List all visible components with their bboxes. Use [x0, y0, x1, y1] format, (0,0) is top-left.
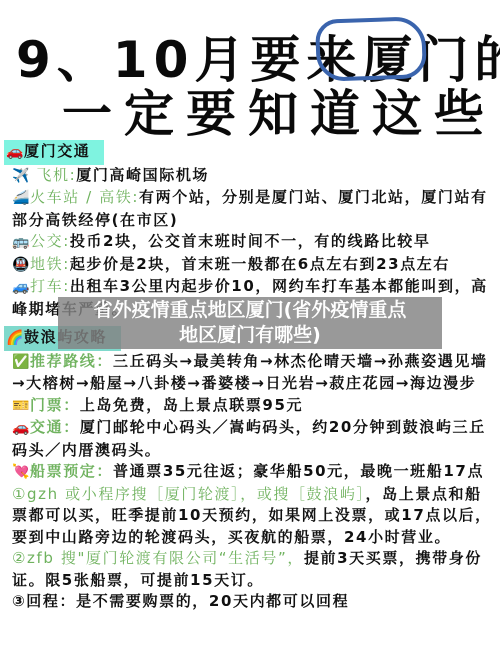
item-text: 上岛免费，岛上景点联票95元 — [80, 396, 303, 414]
section-header-transport: 🚗厦门交通 — [4, 140, 104, 165]
item-text: 普通票35元往返；豪华船50元，最晚一班船17点 — [113, 462, 484, 480]
car-icon: 🚗 — [12, 418, 30, 440]
item-label: 船票预定： — [30, 462, 113, 480]
item-label: 地铁: — [30, 255, 70, 273]
section-gulangyu: 🌈鼓浪屿攻略 ✅推荐路线：三丘码头→最美转角→林杰伦晴天墙→孙燕姿遇见墙→大榕树… — [12, 326, 492, 613]
note-2: ②zfb 搜"厦门轮渡有限公司“生活号”，提前3天买票，携带身份证。限5张船票，… — [12, 548, 492, 591]
article-body: 🚗厦门交通 ✈️ 飞机:厦门高崎国际机场 🚄火车站 / 高铁:有两个站，分别是厦… — [12, 140, 492, 613]
note-text: ③回程：是不需要购票的，20天内都可以回程 — [12, 592, 349, 610]
check-icon: ✅ — [12, 352, 30, 374]
note-highlight: ②zfb 搜"厦门轮渡有限公司“生活号”， — [12, 549, 304, 567]
item-label: 打车: — [30, 277, 70, 295]
item-label: 门票： — [30, 396, 80, 414]
overlay-line-1: 省外疫情重点地区厦门(省外疫情重点 — [58, 298, 442, 323]
title-line-2: 一定要知道这些 — [62, 74, 496, 146]
title-banner: 9、10月要来厦门的 一定要知道这些 — [0, 0, 500, 135]
list-item-ferry-transport: 🚗交通：厦门邮轮中心码头／嵩屿码头，约20分钟到鼓浪屿三丘码头／内厝澳码头。 — [12, 417, 492, 461]
note-3: ③回程：是不需要购票的，20天内都可以回程 — [12, 591, 492, 613]
note-highlight: ①gzh 或小程序搜［厦门轮渡］，或搜［鼓浪屿］ — [12, 485, 366, 503]
airplane-icon: ✈️ — [12, 166, 30, 188]
overlay-line-2: 地区厦门有哪些) — [58, 323, 442, 348]
rainbow-icon: 🌈 — [6, 328, 24, 350]
item-text: 投币2块，公交首末班时间不一，有的线路比较早 — [70, 232, 431, 250]
bullet-train-icon: 🚄 — [12, 188, 30, 210]
section-transport: 🚗厦门交通 ✈️ 飞机:厦门高崎国际机场 🚄火车站 / 高铁:有两个站，分别是厦… — [12, 140, 492, 320]
bus-icon: 🚌 — [12, 232, 30, 254]
list-item-ferry-booking: 💘船票预定：普通票35元往返；豪华船50元，最晚一班船17点 — [12, 461, 492, 484]
list-item-train: 🚄火车站 / 高铁:有两个站，分别是厦门站、厦门北站，厦门站有部分高铁经停(在市… — [12, 187, 492, 231]
ticket-icon: 🎫 — [12, 396, 30, 418]
item-label: 飞机: — [30, 166, 76, 184]
taxi-icon: 🚙 — [12, 277, 30, 299]
item-label: 交通： — [30, 418, 80, 436]
heart-arrow-icon: 💘 — [12, 462, 30, 484]
list-item-plane: ✈️ 飞机:厦门高崎国际机场 — [12, 165, 492, 188]
item-label: 公交: — [30, 232, 70, 250]
metro-icon: 🚇 — [12, 255, 30, 277]
item-text: 厦门高崎国际机场 — [76, 166, 209, 184]
list-item-ticket: 🎫门票：上岛免费，岛上景点联票95元 — [12, 395, 492, 418]
list-item-route: ✅推荐路线：三丘码头→最美转角→林杰伦晴天墙→孙燕姿遇见墙→大榕树→船屋→八卦楼… — [12, 351, 492, 395]
note-1: ①gzh 或小程序搜［厦门轮渡］，或搜［鼓浪屿］，岛上景点和船票都可以买，旺季提… — [12, 484, 492, 549]
item-label: 推荐路线： — [30, 352, 113, 370]
list-item-bus: 🚌公交:投币2块，公交首末班时间不一，有的线路比较早 — [12, 231, 492, 254]
list-item-metro: 🚇地铁:起步价是2块，首末班一般都在6点左右到23点左右 — [12, 254, 492, 277]
item-text: 起步价是2块，首末班一般都在6点左右到23点左右 — [70, 255, 450, 273]
section-header-label: 厦门交通 — [24, 142, 90, 160]
hand-drawn-circle-highlight — [315, 16, 427, 82]
item-label: 火车站 / 高铁: — [30, 188, 139, 206]
caption-overlay: 省外疫情重点地区厦门(省外疫情重点 地区厦门有哪些) — [58, 297, 442, 349]
car-icon: 🚗 — [6, 142, 24, 164]
item-text: 厦门邮轮中心码头／嵩屿码头，约20分钟到鼓浪屿三丘码头／内厝澳码头。 — [12, 418, 486, 459]
